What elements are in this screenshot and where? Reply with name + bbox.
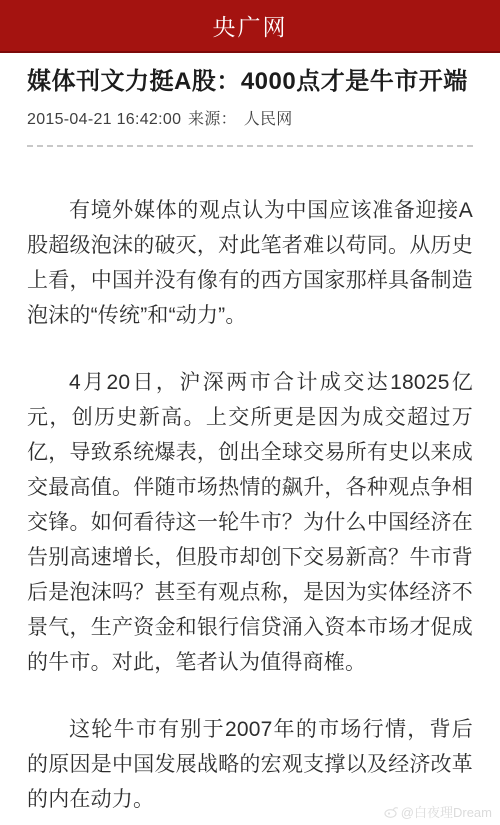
article-body: 有境外媒体的观点认为中国应该准备迎接A股超级泡沫的破灭，对此笔者难以苟同。从历史… (27, 193, 473, 817)
article-title: 媒体刊文力挺A股：4000点才是牛市开端 (27, 67, 473, 97)
source-name: 人民网 (244, 111, 293, 128)
source-label: 来源： (188, 111, 237, 128)
article-page: 央广网 媒体刊文力挺A股：4000点才是牛市开端 2015-04-21 16:4… (0, 0, 500, 825)
paragraph: 4月20日，沪深两市合计成交达18025亿元，创历史新高。上交所更是因为成交超过… (27, 365, 473, 680)
article-content: 媒体刊文力挺A股：4000点才是牛市开端 2015-04-21 16:42:00… (0, 67, 500, 817)
site-header: 央广网 (0, 0, 500, 53)
paragraph: 这轮牛市有别于2007年的市场行情，背后的原因是中国发展战略的宏观支撑以及经济改… (27, 712, 473, 817)
paragraph: 有境外媒体的观点认为中国应该准备迎接A股超级泡沫的破灭，对此笔者难以苟同。从历史… (27, 193, 473, 333)
article-meta: 2015-04-21 16:42:00 来源： 人民网 (27, 106, 473, 129)
article-date: 2015-04-21 16:42:00 (27, 111, 181, 128)
site-name-link[interactable]: 央广网 (213, 9, 288, 42)
dashed-divider (27, 145, 473, 147)
